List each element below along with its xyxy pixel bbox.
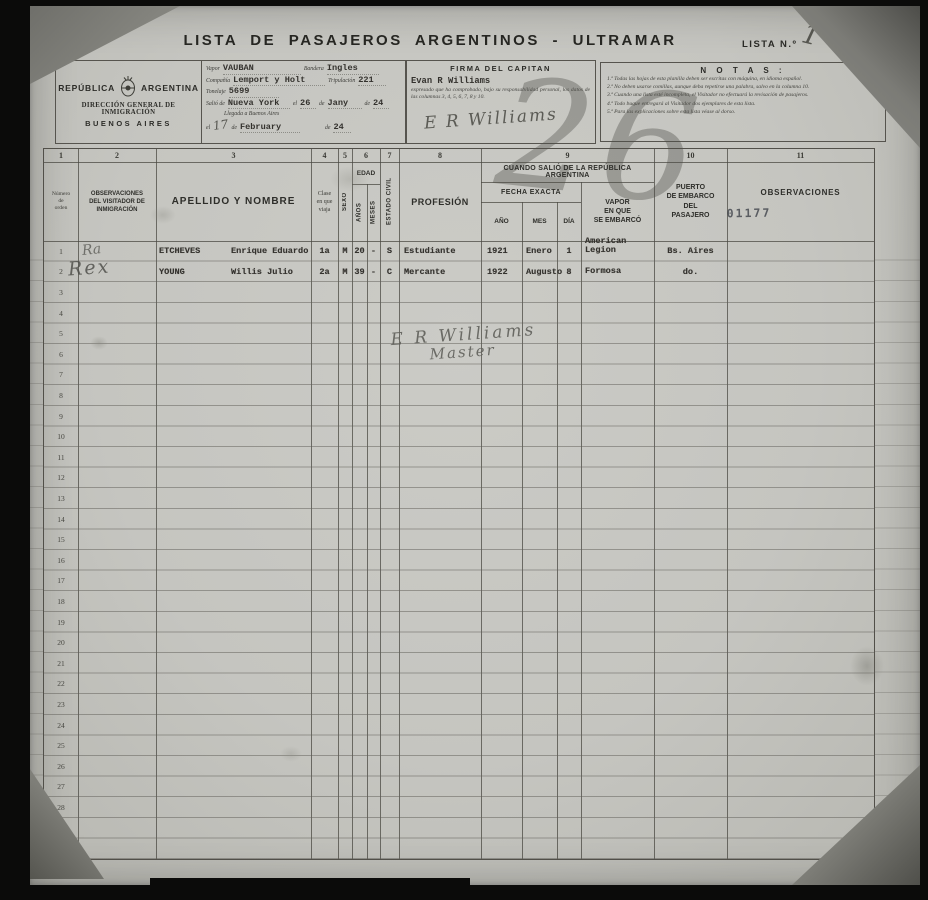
cell-vapor bbox=[581, 426, 654, 447]
cell-sexo bbox=[338, 653, 352, 674]
cell-ano: 1921 bbox=[481, 241, 522, 262]
cell-puerto bbox=[654, 323, 727, 344]
cell-sexo bbox=[338, 591, 352, 612]
cell-puerto bbox=[654, 735, 727, 756]
cell-clase bbox=[311, 674, 338, 695]
cell-obs bbox=[78, 385, 156, 406]
cell-estado bbox=[380, 468, 399, 489]
cell-dia bbox=[557, 653, 581, 674]
cell-clase bbox=[311, 303, 338, 324]
cell-dia: 8 bbox=[557, 262, 581, 283]
cell-estado bbox=[380, 385, 399, 406]
cell-vapor bbox=[581, 653, 654, 674]
cell-dia bbox=[557, 385, 581, 406]
cell-vapor bbox=[581, 777, 654, 798]
cell-meses: - bbox=[367, 262, 380, 283]
column-number: 7 bbox=[380, 149, 399, 162]
cell-name bbox=[156, 365, 311, 386]
cell-puerto bbox=[654, 365, 727, 386]
cell-profesion bbox=[399, 591, 481, 612]
cell-estado bbox=[380, 282, 399, 303]
cell-obs bbox=[78, 488, 156, 509]
cell-ano bbox=[481, 282, 522, 303]
cell-sexo bbox=[338, 735, 352, 756]
cell-estado bbox=[380, 653, 399, 674]
header-meses: MESES bbox=[367, 184, 380, 241]
cell-dia bbox=[557, 323, 581, 344]
cell-puerto bbox=[654, 571, 727, 592]
cell-name bbox=[156, 323, 311, 344]
cell-puerto bbox=[654, 406, 727, 427]
cell-name bbox=[156, 385, 311, 406]
cell-clase bbox=[311, 632, 338, 653]
cell-mes bbox=[522, 674, 557, 695]
cell-profesion bbox=[399, 426, 481, 447]
cell-obs2 bbox=[727, 282, 874, 303]
cell-clase bbox=[311, 591, 338, 612]
corner-handwritten-scrawl: Cuando bbox=[63, 6, 139, 58]
header-clase: Clase en que viaja bbox=[311, 162, 338, 241]
cell-ano bbox=[481, 591, 522, 612]
cell-vapor bbox=[581, 612, 654, 633]
table-row: 29 bbox=[44, 818, 874, 839]
cell-sexo bbox=[338, 818, 352, 839]
cell-num: 24 bbox=[44, 715, 78, 736]
cell-profesion bbox=[399, 632, 481, 653]
cell-clase bbox=[311, 715, 338, 736]
lista-number-label: LISTA N.º bbox=[742, 39, 798, 50]
agency-name-left: REPÚBLICA bbox=[58, 83, 115, 93]
cell-name bbox=[156, 529, 311, 550]
cell-estado bbox=[380, 550, 399, 571]
salio-ano-value: 24 bbox=[373, 98, 389, 110]
cell-name bbox=[156, 488, 311, 509]
cell-sexo bbox=[338, 612, 352, 633]
cell-dia bbox=[557, 591, 581, 612]
cell-vapor bbox=[581, 488, 654, 509]
table-row: 27 bbox=[44, 777, 874, 798]
cell-puerto bbox=[654, 529, 727, 550]
cell-anos bbox=[352, 385, 367, 406]
cell-ano bbox=[481, 777, 522, 798]
cell-clase bbox=[311, 818, 338, 839]
cell-vapor bbox=[581, 818, 654, 839]
cell-ano bbox=[481, 797, 522, 818]
cell-clase bbox=[311, 653, 338, 674]
cell-name bbox=[156, 715, 311, 736]
vapor-label: Vapor bbox=[206, 64, 220, 75]
cell-meses bbox=[367, 838, 380, 859]
cell-obs bbox=[78, 838, 156, 859]
cell-obs2 bbox=[727, 715, 874, 736]
passenger-table: 1 2 3 4 5 6 7 8 9 10 11 Número de orden … bbox=[43, 148, 875, 860]
cell-num: 20 bbox=[44, 632, 78, 653]
cell-obs bbox=[78, 797, 156, 818]
left-rule-extension bbox=[30, 240, 43, 858]
table-row: 15 bbox=[44, 529, 874, 550]
cell-ano bbox=[481, 735, 522, 756]
cell-obs bbox=[78, 303, 156, 324]
cell-dia bbox=[557, 715, 581, 736]
cell-num: 23 bbox=[44, 694, 78, 715]
table-row: 10 bbox=[44, 426, 874, 447]
cell-profesion bbox=[399, 550, 481, 571]
el-label: el bbox=[206, 123, 210, 134]
cell-sexo bbox=[338, 426, 352, 447]
salio-puerto-value: Nueva York bbox=[228, 98, 290, 110]
cell-meses bbox=[367, 797, 380, 818]
cell-sexo bbox=[338, 509, 352, 530]
cell-meses bbox=[367, 735, 380, 756]
cell-sexo bbox=[338, 282, 352, 303]
cell-anos bbox=[352, 674, 367, 695]
header-apellido-nombre: APELLIDO Y NOMBRE bbox=[156, 162, 311, 241]
table-row: 3 bbox=[44, 282, 874, 303]
cell-mes bbox=[522, 797, 557, 818]
cell-clase bbox=[311, 488, 338, 509]
cell-estado bbox=[380, 591, 399, 612]
right-rule-extension bbox=[874, 240, 920, 858]
cell-dia bbox=[557, 838, 581, 859]
cell-mes bbox=[522, 756, 557, 777]
table-row: 11 bbox=[44, 447, 874, 468]
cell-puerto bbox=[654, 426, 727, 447]
cell-mes bbox=[522, 653, 557, 674]
cell-ano bbox=[481, 488, 522, 509]
cell-profesion bbox=[399, 797, 481, 818]
column-number: 5 bbox=[338, 149, 352, 162]
table-row: 19 bbox=[44, 612, 874, 633]
cell-anos bbox=[352, 632, 367, 653]
cell-vapor bbox=[581, 447, 654, 468]
cell-num: 17 bbox=[44, 571, 78, 592]
lista-number-handwritten: 1 bbox=[799, 18, 823, 52]
cell-name bbox=[156, 303, 311, 324]
cell-anos bbox=[352, 282, 367, 303]
cell-obs2 bbox=[727, 756, 874, 777]
cell-vapor bbox=[581, 756, 654, 777]
cell-name bbox=[156, 818, 311, 839]
cell-num: 27 bbox=[44, 777, 78, 798]
cell-obs2 bbox=[727, 426, 874, 447]
header-numero-orden: Número de orden bbox=[44, 162, 78, 241]
bandera-value: Ingles bbox=[327, 63, 379, 75]
tonelaje-value: 5699 bbox=[229, 86, 279, 98]
de-label: de bbox=[325, 123, 330, 134]
cell-num: 5 bbox=[44, 323, 78, 344]
cell-puerto: Bs. Aires bbox=[654, 241, 727, 262]
cell-num: 18 bbox=[44, 591, 78, 612]
cell-obs2 bbox=[727, 612, 874, 633]
cell-name bbox=[156, 591, 311, 612]
cell-vapor bbox=[581, 838, 654, 859]
cell-estado bbox=[380, 756, 399, 777]
header-dia: DÍA bbox=[557, 202, 581, 241]
cell-clase bbox=[311, 797, 338, 818]
cell-clase bbox=[311, 282, 338, 303]
cell-dia bbox=[557, 756, 581, 777]
cell-obs2 bbox=[727, 303, 874, 324]
cell-obs bbox=[78, 344, 156, 365]
table-row: 16 bbox=[44, 550, 874, 571]
cell-clase bbox=[311, 468, 338, 489]
cell-puerto bbox=[654, 509, 727, 530]
cell-sexo bbox=[338, 323, 352, 344]
cell-obs2 bbox=[727, 509, 874, 530]
cell-anos bbox=[352, 529, 367, 550]
cell-dia bbox=[557, 571, 581, 592]
cell-obs2 bbox=[727, 385, 874, 406]
cell-puerto bbox=[654, 674, 727, 695]
cell-obs bbox=[78, 365, 156, 386]
cell-obs bbox=[78, 447, 156, 468]
cell-name bbox=[156, 797, 311, 818]
cell-name bbox=[156, 777, 311, 798]
cell-meses bbox=[367, 406, 380, 427]
table-row: 4 bbox=[44, 303, 874, 324]
cell-sexo bbox=[338, 447, 352, 468]
cell-dia bbox=[557, 694, 581, 715]
cell-sexo bbox=[338, 715, 352, 736]
cell-vapor bbox=[581, 591, 654, 612]
cell-obs bbox=[78, 406, 156, 427]
header-anos: AÑOS bbox=[352, 184, 367, 241]
cell-surname: YOUNG bbox=[159, 267, 231, 277]
cell-vapor bbox=[581, 529, 654, 550]
stamp-number: 01177 bbox=[704, 205, 794, 221]
cell-estado: C bbox=[380, 262, 399, 283]
salio-label: Salió de bbox=[206, 99, 225, 110]
cell-profesion bbox=[399, 838, 481, 859]
cell-vapor bbox=[581, 571, 654, 592]
cell-obs bbox=[78, 529, 156, 550]
cell-estado bbox=[380, 365, 399, 386]
cell-obs2 bbox=[727, 344, 874, 365]
cell-profesion bbox=[399, 529, 481, 550]
cell-num: 11 bbox=[44, 447, 78, 468]
cell-profesion bbox=[399, 488, 481, 509]
cell-mes bbox=[522, 509, 557, 530]
cell-obs bbox=[78, 715, 156, 736]
cell-obs2 bbox=[727, 838, 874, 859]
cell-puerto bbox=[654, 550, 727, 571]
cell-ano bbox=[481, 838, 522, 859]
cell-obs2 bbox=[727, 241, 874, 262]
cell-name bbox=[156, 426, 311, 447]
cell-obs2 bbox=[727, 735, 874, 756]
cell-anos bbox=[352, 365, 367, 386]
cell-obs2 bbox=[727, 632, 874, 653]
cell-dia bbox=[557, 612, 581, 633]
agency-box: REPÚBLICA ARGENTINA DIRECCIÓN GENERAL DE… bbox=[55, 60, 202, 144]
ship-info-box: Vapor VAUBAN Bandera Ingles Compañía Lem… bbox=[201, 60, 407, 144]
cell-name bbox=[156, 550, 311, 571]
cell-mes bbox=[522, 612, 557, 633]
cell-meses bbox=[367, 591, 380, 612]
cell-profesion bbox=[399, 756, 481, 777]
cell-mes bbox=[522, 694, 557, 715]
salio-dia-value: 26 bbox=[300, 98, 316, 110]
cell-ano bbox=[481, 674, 522, 695]
cell-sexo bbox=[338, 344, 352, 365]
cell-dia bbox=[557, 447, 581, 468]
cell-sexo bbox=[338, 550, 352, 571]
cell-ano bbox=[481, 529, 522, 550]
cell-profesion bbox=[399, 571, 481, 592]
table-row: 17 bbox=[44, 571, 874, 592]
llegada-mes-value: February bbox=[240, 122, 300, 134]
tripulacion-label: Tripulación bbox=[328, 76, 355, 87]
cell-name bbox=[156, 756, 311, 777]
el-label: el bbox=[293, 99, 297, 110]
cell-name bbox=[156, 447, 311, 468]
header-sexo: SEXO bbox=[338, 162, 352, 241]
cell-estado bbox=[380, 529, 399, 550]
cell-profesion: Mercante bbox=[399, 262, 481, 283]
cell-name bbox=[156, 632, 311, 653]
cell-estado bbox=[380, 406, 399, 427]
cell-clase bbox=[311, 323, 338, 344]
cell-num: 28 bbox=[44, 797, 78, 818]
document-title: LISTA DE PASAJEROS ARGENTINOS - ULTRAMAR bbox=[160, 32, 700, 49]
column-number: 4 bbox=[311, 149, 338, 162]
cell-mes bbox=[522, 550, 557, 571]
cell-mes bbox=[522, 488, 557, 509]
column-number: 3 bbox=[156, 149, 311, 162]
cell-dia bbox=[557, 818, 581, 839]
cell-anos bbox=[352, 550, 367, 571]
cell-obs2 bbox=[727, 488, 874, 509]
header-estado-civil: ESTADO CIVIL bbox=[380, 162, 399, 241]
coat-of-arms-icon bbox=[120, 76, 136, 99]
cell-meses bbox=[367, 550, 380, 571]
column-number: 8 bbox=[399, 149, 481, 162]
cell-vapor bbox=[581, 323, 654, 344]
cell-sexo bbox=[338, 632, 352, 653]
cell-ano bbox=[481, 694, 522, 715]
cell-dia bbox=[557, 303, 581, 324]
agency-name-right: ARGENTINA bbox=[141, 83, 199, 93]
table-row: 21 bbox=[44, 653, 874, 674]
cell-dia bbox=[557, 777, 581, 798]
cell-meses bbox=[367, 715, 380, 736]
cell-estado bbox=[380, 818, 399, 839]
cell-sexo bbox=[338, 488, 352, 509]
cell-puerto bbox=[654, 756, 727, 777]
cell-clase bbox=[311, 447, 338, 468]
cell-sexo bbox=[338, 756, 352, 777]
cell-ano bbox=[481, 756, 522, 777]
table-row: 2YOUNGWillis Julio2aM39-CMercante1922Aug… bbox=[44, 262, 874, 283]
cell-num: 15 bbox=[44, 529, 78, 550]
cell-clase bbox=[311, 344, 338, 365]
cell-name bbox=[156, 674, 311, 695]
cell-obs2 bbox=[727, 694, 874, 715]
cell-meses bbox=[367, 612, 380, 633]
cell-anos bbox=[352, 509, 367, 530]
cell-anos bbox=[352, 715, 367, 736]
de-label: de bbox=[231, 123, 236, 134]
cell-name bbox=[156, 282, 311, 303]
cell-ano bbox=[481, 818, 522, 839]
cell-dia bbox=[557, 426, 581, 447]
cell-vapor bbox=[581, 406, 654, 427]
cell-surname: ETCHEVES bbox=[159, 246, 231, 256]
cell-ano bbox=[481, 365, 522, 386]
cell-name: ETCHEVESEnrique Eduardo bbox=[156, 241, 311, 262]
cell-clase bbox=[311, 509, 338, 530]
cell-vapor bbox=[581, 385, 654, 406]
cell-num: 29 bbox=[44, 818, 78, 839]
cell-anos bbox=[352, 818, 367, 839]
cell-obs2 bbox=[727, 406, 874, 427]
cell-estado bbox=[380, 612, 399, 633]
cell-clase bbox=[311, 365, 338, 386]
cell-dia bbox=[557, 365, 581, 386]
cell-dia bbox=[557, 468, 581, 489]
cell-name bbox=[156, 838, 311, 859]
cell-num: 30 bbox=[44, 838, 78, 859]
cell-anos: 20 bbox=[352, 241, 367, 262]
cell-profesion bbox=[399, 303, 481, 324]
cell-dia: 1 bbox=[557, 241, 581, 262]
column-number: 9 bbox=[481, 149, 654, 162]
cell-anos bbox=[352, 303, 367, 324]
cell-dia bbox=[557, 735, 581, 756]
cell-sexo bbox=[338, 694, 352, 715]
cell-obs bbox=[78, 735, 156, 756]
cell-profesion bbox=[399, 468, 481, 489]
cell-anos bbox=[352, 612, 367, 633]
table-row: 9 bbox=[44, 406, 874, 427]
cell-clase bbox=[311, 426, 338, 447]
cell-puerto bbox=[654, 591, 727, 612]
cell-obs bbox=[78, 323, 156, 344]
cell-anos bbox=[352, 426, 367, 447]
cell-estado: S bbox=[380, 241, 399, 262]
cell-mes bbox=[522, 468, 557, 489]
cell-meses bbox=[367, 529, 380, 550]
cell-profesion bbox=[399, 674, 481, 695]
cell-vapor bbox=[581, 468, 654, 489]
cell-given-name: Willis Julio bbox=[231, 267, 293, 277]
cell-obs bbox=[78, 509, 156, 530]
cell-estado bbox=[380, 674, 399, 695]
agency-direccion: DIRECCIÓN GENERAL DE INMIGRACIÓN bbox=[56, 102, 201, 116]
cell-vapor bbox=[581, 344, 654, 365]
cell-puerto bbox=[654, 694, 727, 715]
cell-puerto bbox=[654, 344, 727, 365]
cell-obs bbox=[78, 632, 156, 653]
cell-dia bbox=[557, 550, 581, 571]
cell-estado bbox=[380, 488, 399, 509]
cell-dia bbox=[557, 282, 581, 303]
cell-obs bbox=[78, 426, 156, 447]
cell-puerto bbox=[654, 653, 727, 674]
cell-clase: 1a bbox=[311, 241, 338, 262]
cell-meses bbox=[367, 344, 380, 365]
llegada-dia-handwritten: 17 bbox=[213, 118, 230, 131]
cell-obs bbox=[78, 756, 156, 777]
column-number: 2 bbox=[78, 149, 156, 162]
cell-num: 13 bbox=[44, 488, 78, 509]
header-edad: EDAD bbox=[352, 162, 380, 184]
table-row: 30 bbox=[44, 838, 874, 859]
table-row: 25 bbox=[44, 735, 874, 756]
cell-ano bbox=[481, 447, 522, 468]
cell-meses bbox=[367, 488, 380, 509]
cell-dia bbox=[557, 797, 581, 818]
